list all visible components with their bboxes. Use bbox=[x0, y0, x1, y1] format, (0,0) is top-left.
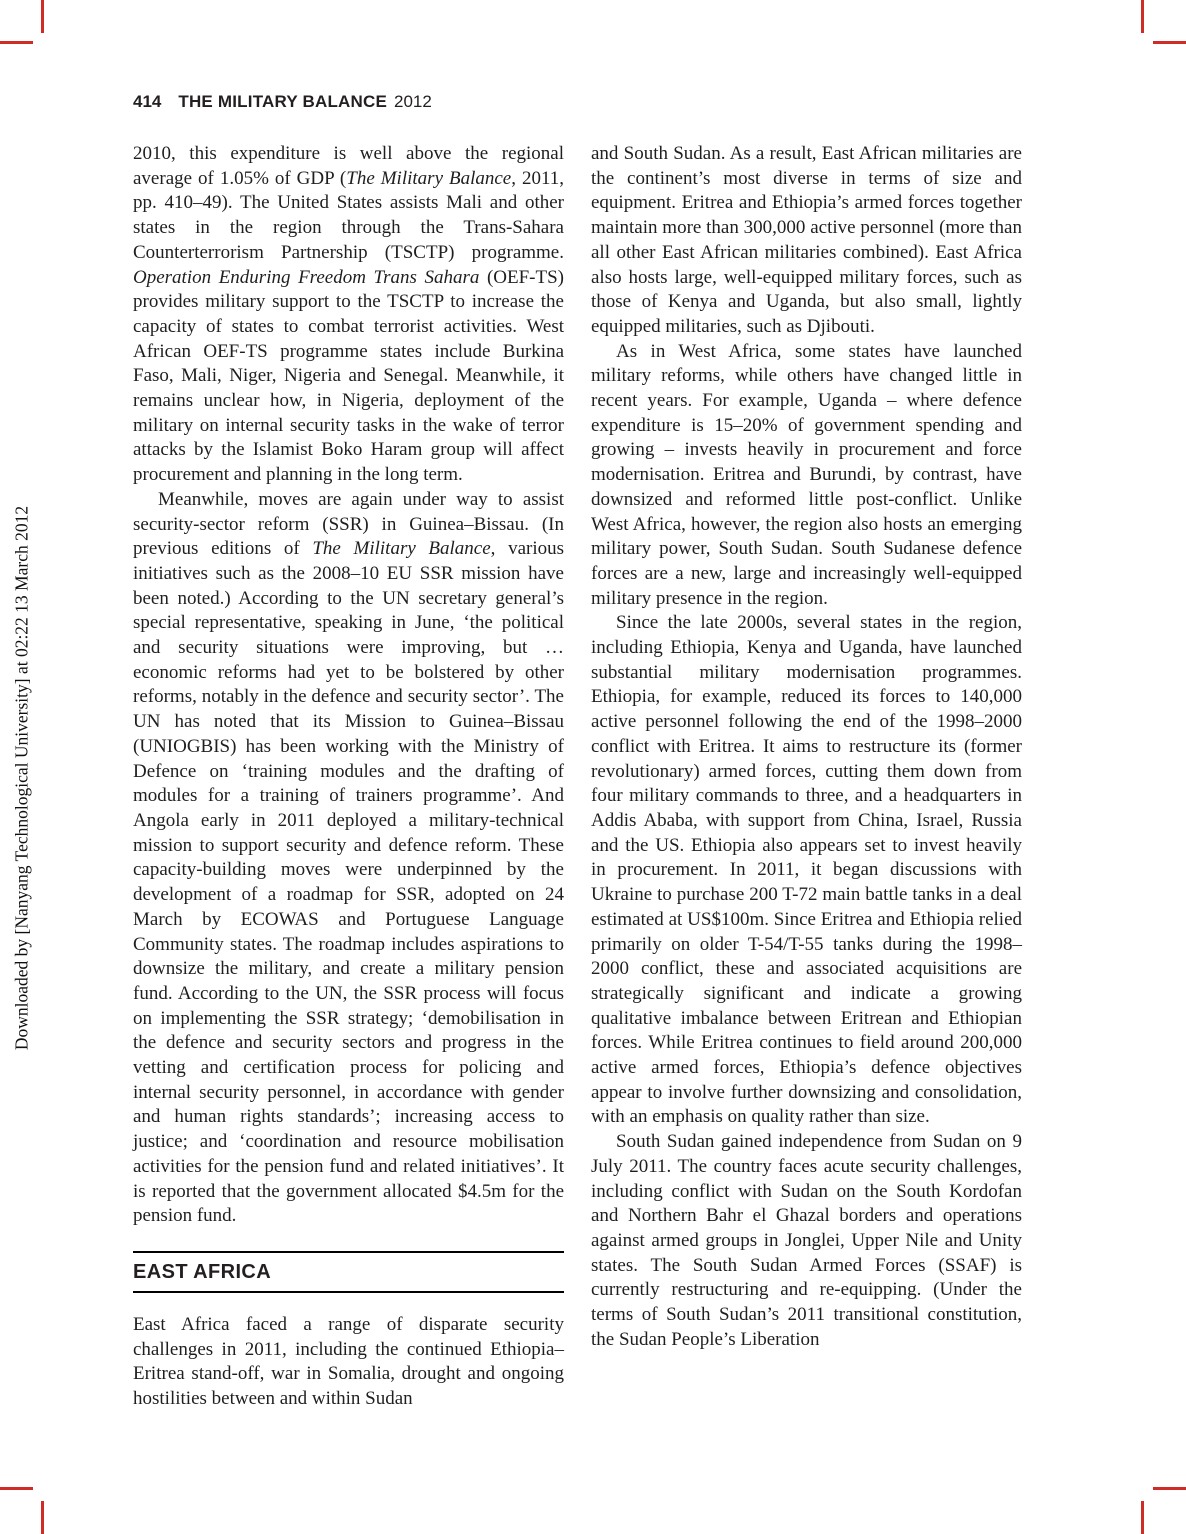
right-column: and South Sudan. As a result, East Afric… bbox=[591, 142, 1022, 1412]
paragraph: Since the late 2000s, several states in … bbox=[591, 611, 1022, 1130]
crop-mark-top-right-horizontal bbox=[1153, 41, 1186, 44]
text-run: South Sudan gained independence from Sud… bbox=[591, 1131, 1022, 1350]
paragraph: and South Sudan. As a result, East Afric… bbox=[591, 142, 1022, 340]
download-watermark: Downloaded by [Nanyang Technological Uni… bbox=[12, 506, 33, 1050]
text-run: and South Sudan. As a result, East Afric… bbox=[591, 143, 1022, 337]
book-title: THE MILITARY BALANCE bbox=[178, 92, 387, 111]
paragraph: South Sudan gained independence from Sud… bbox=[591, 1130, 1022, 1352]
page-number: 414 bbox=[133, 92, 161, 111]
crop-mark-top-right-vertical bbox=[1141, 0, 1144, 33]
paragraph: As in West Africa, some states have laun… bbox=[591, 340, 1022, 612]
paragraph: 2010, this expenditure is well above the… bbox=[133, 142, 564, 488]
text-run: East Africa faced a range of disparate s… bbox=[133, 1314, 564, 1409]
crop-mark-top-left-horizontal bbox=[0, 41, 33, 44]
italic-text-run: The Military Balance bbox=[346, 168, 511, 189]
running-head: 414THE MILITARY BALANCE2012 bbox=[133, 92, 432, 112]
crop-mark-bottom-left-vertical bbox=[41, 1501, 44, 1534]
italic-text-run: Operation Enduring Freedom Trans Sahara bbox=[133, 267, 479, 288]
crop-mark-top-left-vertical bbox=[41, 0, 44, 33]
crop-mark-bottom-right-horizontal bbox=[1153, 1487, 1186, 1490]
crop-mark-bottom-left-horizontal bbox=[0, 1487, 33, 1490]
paragraph: East Africa faced a range of disparate s… bbox=[133, 1313, 564, 1412]
text-run: Since the late 2000s, several states in … bbox=[591, 612, 1022, 1127]
section-heading: EAST AFRICA bbox=[133, 1251, 564, 1293]
italic-text-run: The Military Balance bbox=[312, 538, 490, 559]
crop-mark-bottom-right-vertical bbox=[1141, 1501, 1144, 1534]
left-column: 2010, this expenditure is well above the… bbox=[133, 142, 564, 1412]
text-run: (OEF-TS) provides military support to th… bbox=[133, 267, 564, 486]
paragraph: Meanwhile, moves are again under way to … bbox=[133, 488, 564, 1229]
text-run: , various initiatives such as the 2008–1… bbox=[133, 538, 564, 1226]
text-run: As in West Africa, some states have laun… bbox=[591, 341, 1022, 609]
text-columns: 2010, this expenditure is well above the… bbox=[133, 142, 1022, 1412]
pdf-page: { "colors": { "crop_mark": "#d02b27", "t… bbox=[0, 0, 1186, 1534]
edition-year: 2012 bbox=[394, 92, 432, 111]
